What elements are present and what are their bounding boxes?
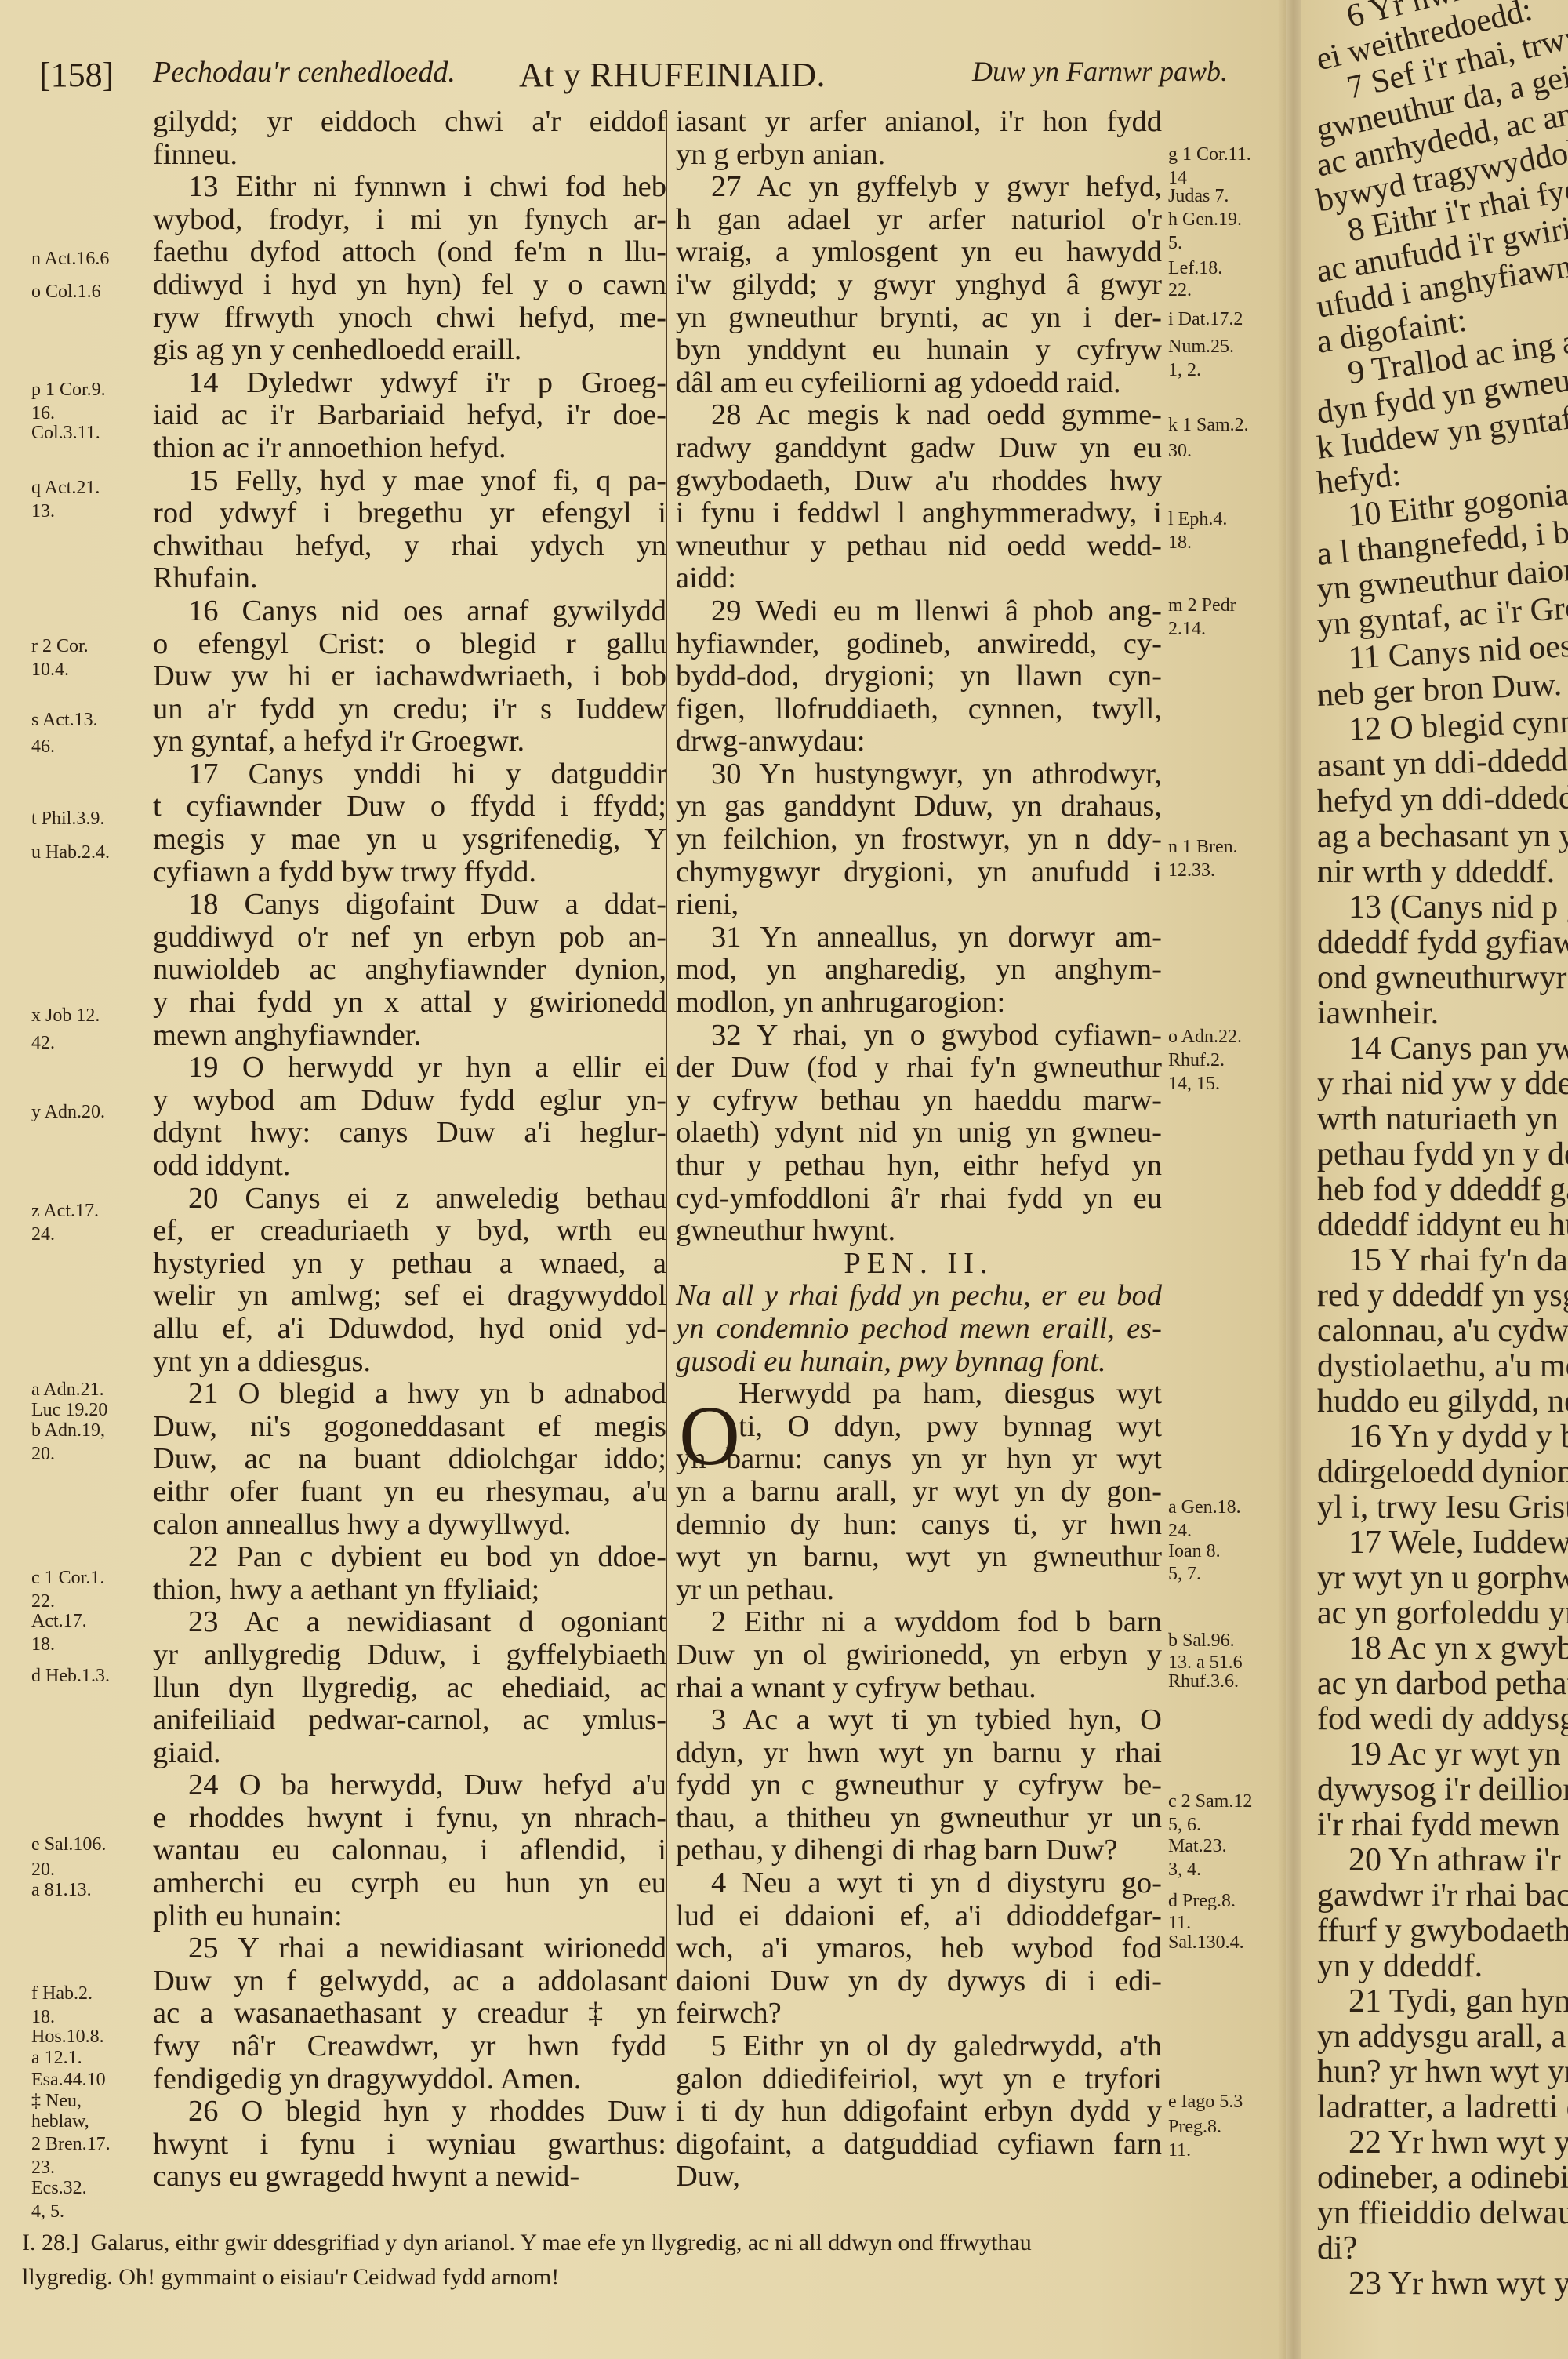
text-line: chymygwyr drygioni, yn anufudd i	[676, 856, 1162, 889]
text-line: yr anllygredig Dduw, i gyffelybiaeth	[153, 1639, 666, 1672]
margin-reference: Num.25.	[1168, 337, 1234, 356]
margin-reference: 42.	[31, 1034, 55, 1052]
facing-page: 6 Yr hwn a dâl i bob dyn yn olei weithre…	[1301, 0, 1568, 2359]
facing-page-line: 22 Yr hwn wyt yn dywedyd na	[1317, 2125, 1568, 2161]
margin-reference: 22.	[1168, 281, 1192, 300]
facing-page-line: 21 Tydi, gan hynny, yr hwn wyt	[1317, 1984, 1568, 2019]
text-line: iasant yr arfer anianol, i'r hon fydd	[676, 106, 1162, 139]
text-line: wraig, a ymlosgent yn eu hawydd	[676, 236, 1162, 269]
page-number: [158]	[39, 55, 114, 95]
facing-page-line: y rhai nid yw y ddeddf ganddynt,	[1317, 1067, 1568, 1102]
text-line: mewn anghyfiawnder.	[153, 1020, 666, 1052]
margin-reference: a 81.13.	[31, 1881, 92, 1899]
margin-reference: n 1 Bren.	[1168, 838, 1238, 856]
facing-page-line: yl i, trwy Iesu Grist.	[1317, 1490, 1568, 1525]
text-line: fendigedig yn dragywyddol. Amen.	[153, 2063, 666, 2096]
facing-page-line: yn addysgu arall, a ond wyt yn dy	[1317, 2019, 1568, 2055]
text-line: yn a barnu arall, yr wyt yn dy gon-	[676, 1476, 1162, 1509]
margin-reference: h Gen.19.	[1168, 210, 1242, 229]
text-line: hwynt i fynu i wyniau gwarthus:	[153, 2128, 666, 2161]
margin-reference: 11.	[1168, 2141, 1191, 2160]
facing-page-line: 15 Y rhai fy'n dangos gweith-	[1317, 1243, 1568, 1278]
margin-reference: o Col.1.6	[31, 282, 101, 301]
facing-page-line: 19 Ac yr wyt yn coelio dy fod yn	[1317, 1737, 1568, 1772]
margin-reference: 1, 2.	[1168, 361, 1201, 380]
facing-page-text: 6 Yr hwn a dâl i bob dyn yn olei weithre…	[1317, 8, 1568, 2302]
text-line: nuwioldeb ac anghyfiawnder dynion,	[153, 954, 666, 987]
margin-reference: 18.	[31, 1635, 55, 1654]
text-line: hyfiawnder, godineb, anwiredd, cy-	[676, 628, 1162, 661]
text-line: y rhai fydd yn x attal y gwirionedd	[153, 987, 666, 1020]
margin-reference: c 2 Sam.12	[1168, 1792, 1252, 1811]
text-line: faethu dyfod attoch (ond fe'm n llu-	[153, 236, 666, 269]
text-line: yn feilchion, yn frostwyr, yn n ddy-	[676, 823, 1162, 856]
text-line: 30 Yn hustyngwyr, yn athrodwyr,	[676, 758, 1162, 791]
text-line: wantau eu calonnau, i aflendid, i	[153, 1834, 666, 1867]
text-line: yn gwneuthur brynti, ac yn i der-	[676, 302, 1162, 335]
margin-reference: 3, 4.	[1168, 1860, 1201, 1879]
text-line: 27 Ac yn gyffelyb y gwyr hefyd,	[676, 171, 1162, 204]
margin-reference: Rhuf.3.6.	[1168, 1672, 1239, 1691]
margin-reference: Judas 7.	[1168, 187, 1229, 205]
text-line: demnio dy hun: canys ti, yr hwn	[676, 1509, 1162, 1542]
text-line: wch, a'i ymaros, heb wybod fod	[676, 1932, 1162, 1965]
text-line: ddyn, yr hwn wyt yn barnu y rhai	[676, 1737, 1162, 1770]
text-line: feirwch?	[676, 1997, 1162, 2030]
facing-page-line: ac yn gorfoleddu yn Nuw,	[1317, 1596, 1568, 1631]
facing-page-line: nir wrth y ddeddf.	[1317, 855, 1568, 890]
text-line: cyfiawn a fydd byw trwy ffydd.	[153, 856, 666, 889]
text-line: thion ac i'r annoethion hefyd.	[153, 432, 666, 465]
running-head-right-title: Duw yn Farnwr pawb.	[972, 55, 1228, 88]
margin-reference: 5, 7.	[1168, 1565, 1201, 1583]
margin-reference: 22.	[31, 1592, 55, 1611]
facing-page-line: 17 Wele, Iuddew y'th elwir, ac	[1317, 1525, 1568, 1561]
text-line: 23 Ac a newidiasant d ogoniant	[153, 1606, 666, 1639]
text-line: gis ag yn y cenhedloedd eraill.	[153, 334, 666, 367]
facing-page-line: ond gwneuthurwyr y ddeddf a gyf-	[1317, 961, 1568, 996]
margin-reference: 18.	[1168, 533, 1192, 552]
text-line: ynt yn a ddiesgus.	[153, 1346, 666, 1379]
margin-reference: t Phil.3.9.	[31, 809, 104, 828]
text-line: rieni,	[676, 889, 1162, 921]
text-line: dâl am eu cyfeiliorni ag ydoedd raid.	[676, 367, 1162, 400]
text-line: Herwydd pa ham, diesgus wyt	[676, 1378, 1162, 1411]
text-line: amherchi eu cyrph eu hun yn eu	[153, 1867, 666, 1900]
margin-reference: 11.	[1168, 1914, 1191, 1932]
text-line: o efengyl Crist: o blegid r gallu	[153, 628, 666, 661]
text-line: i ti dy hun ddigofaint erbyn dydd y	[676, 2095, 1162, 2128]
text-line: yr un pethau.	[676, 1574, 1162, 1607]
margin-reference: a Gen.18.	[1168, 1498, 1241, 1517]
text-line: eithr ofer fuant yn eu rhesymau, a'u	[153, 1476, 666, 1509]
text-line: guddiwyd o'r nef yn erbyn pob an-	[153, 921, 666, 954]
text-line: 5 Eithr yn ol dy galedrwydd, a'th	[676, 2030, 1162, 2063]
text-line: thau, a thitheu yn gwneuthur yr un	[676, 1802, 1162, 1835]
margin-reference: Preg.8.	[1168, 2117, 1221, 2136]
footnote: I. 28.] Galarus, eithr gwir ddesgrifiad …	[22, 2226, 1032, 2295]
footnote-line-2: llygredig. Oh! gymmaint o eisiau'r Ceidw…	[22, 2260, 1032, 2295]
margin-reference: 24.	[31, 1225, 55, 1244]
book-title: At y RHUFEINIAID.	[519, 55, 826, 95]
footnote-reference: I. 28.]	[22, 2230, 78, 2255]
margin-reference: 13.	[31, 502, 55, 521]
margin-reference: Col.3.11.	[31, 423, 100, 442]
text-line: fwy nâ'r Creawdwr, yr hwn fydd	[153, 2030, 666, 2063]
facing-page-line: ac yn darbod pethau rhagorol, gan	[1317, 1667, 1568, 1702]
margin-reference: a Adn.21.	[31, 1380, 104, 1399]
text-line: yn barnu: canys yn yr hyn yr wyt	[676, 1443, 1162, 1476]
margin-reference: Luc 19.20	[31, 1401, 107, 1419]
facing-page-line: ddeddf fydd gyfiawn ger bron Duw,	[1317, 925, 1568, 961]
facing-page-line: hefyd yn ddi-ddeddf: a chynnifer	[1317, 779, 1568, 820]
chapter-heading: PEN. II.	[676, 1248, 1162, 1281]
facing-page-line: ddirgeloedd dynion, yn ol fy efeng-	[1317, 1455, 1568, 1490]
facing-page-line: gawdwr i'r rhai bach, a chennyt	[1317, 1878, 1568, 1914]
text-line: 22 Pan c dybient eu bod yn ddoe-	[153, 1541, 666, 1574]
facing-page-line: odineber, a odinebi di? yr hwn wyt	[1317, 2161, 1568, 2196]
margin-reference: Ecs.32.	[31, 2179, 87, 2197]
text-line: drwg-anwydau:	[676, 725, 1162, 758]
footnote-line-1: I. 28.] Galarus, eithr gwir ddesgrifiad …	[22, 2226, 1032, 2260]
text-line: Duw yn f gelwydd, ac a addolasant	[153, 1965, 666, 1998]
text-line: 17 Canys ynddi hi y datguddir	[153, 758, 666, 791]
margin-reference: x Job 12.	[31, 1006, 100, 1025]
text-line: pethau, y dihengi di rhag barn Duw?	[676, 1834, 1162, 1867]
text-line: gilydd; yr eiddoch chwi a'r eiddof	[153, 106, 666, 139]
margin-reference: Lef.18.	[1168, 259, 1222, 278]
facing-page-line: ddeddf iddynt eu hunain:	[1317, 1208, 1568, 1243]
text-line: calon anneallus hwy a dywyllwyd.	[153, 1509, 666, 1542]
text-line: thion, hwy a aethant yn ffyliaid;	[153, 1574, 666, 1607]
text-line: 18 Canys digofaint Duw a ddat-	[153, 889, 666, 921]
text-line: byn ynddynt eu hunain y cyfryw	[676, 334, 1162, 367]
text-line: welir yn amlwg; sef ei dragywyddol	[153, 1280, 666, 1313]
facing-page-line: pethau fydd yn y ddeddf; y rhai hyn,	[1317, 1137, 1568, 1172]
margin-reference: 10.4.	[31, 660, 69, 679]
margin-reference: 24.	[1168, 1521, 1192, 1540]
margin-reference: 20.	[31, 1445, 55, 1463]
margin-reference: m 2 Pedr	[1168, 596, 1236, 615]
margin-reference: 2 Bren.17.	[31, 2135, 111, 2154]
margin-reference: 14, 15.	[1168, 1074, 1220, 1093]
text-line: 24 O ba herwydd, Duw hefyd a'u	[153, 1769, 666, 1802]
facing-page-line: fod wedi dy addysgu o'r ddeddf;	[1317, 1702, 1568, 1737]
text-line: wneuthur y pethau nid oedd wedd-	[676, 530, 1162, 563]
text-line: rhai a wnant y cyfryw bethau.	[676, 1672, 1162, 1705]
text-line: 16 Canys nid oes arnaf gywilydd	[153, 595, 666, 628]
facing-page-line: 14 Canys pan yw'r cenhedloedd,	[1317, 1031, 1568, 1067]
text-line: y cyfryw bethau yn haeddu marw-	[676, 1085, 1162, 1118]
text-line: un a'r fydd yn credu; i'r s Iuddew	[153, 693, 666, 726]
margin-reference: o Adn.22.	[1168, 1027, 1242, 1046]
text-line: canys eu gwragedd hwynt a newid-	[153, 2161, 666, 2194]
margin-reference: b Adn.19,	[31, 1421, 105, 1440]
text-line: ti, O ddyn, pwy bynnag wyt	[676, 1411, 1162, 1444]
text-line: 28 Ac megis k nad oedd gymme-	[676, 399, 1162, 432]
text-line: ryw ffrwyth ynoch chwi hefyd, me-	[153, 302, 666, 335]
text-line: ac a wasanaethasant y creadur ‡ yn	[153, 1997, 666, 2030]
text-line: h gan adael yr arfer naturiol o'r	[676, 204, 1162, 237]
facing-page-line: 20 Yn athraw i'r angall, yn ddy-	[1317, 1843, 1568, 1878]
text-line: iaid ac i'r Barbariaid hefyd, i'r doe-	[153, 399, 666, 432]
text-line: 13 Eithr ni fynnwn i chwi fod heb	[153, 171, 666, 204]
text-line: y wybod am Dduw fydd eglur yn-	[153, 1085, 666, 1118]
margin-reference: Sal.130.4.	[1168, 1933, 1244, 1952]
text-line: i fynu i feddwl l anghymmeradwy, i	[676, 497, 1162, 530]
margin-reference: r 2 Cor.	[31, 637, 89, 656]
text-line: 3 Ac a wyt ti yn tybied hyn, O	[676, 1704, 1162, 1737]
text-line: Duw,	[676, 2161, 1162, 2194]
margin-reference: y Adn.20.	[31, 1103, 105, 1121]
text-line: 2 Eithr ni a wyddom fod b barn	[676, 1606, 1162, 1639]
text-column-right: iasant yr arfer anianol, i'r hon fyddyn …	[676, 106, 1162, 2194]
margin-reference: d Heb.1.3.	[31, 1667, 110, 1685]
text-line: ef, er creaduriaeth y byd, wrth eu	[153, 1215, 666, 1248]
margin-reference: 20.	[31, 1860, 55, 1879]
margin-reference: c 1 Cor.1.	[31, 1568, 104, 1587]
margin-reference: 16.	[31, 404, 55, 423]
margin-reference: k 1 Sam.2.	[1168, 416, 1249, 434]
facing-page-line: 16 Yn y dydd y barna Duw	[1317, 1419, 1568, 1455]
text-line: radwy ganddynt gadw Duw yn eu	[676, 432, 1162, 465]
margin-reference: 12.33.	[1168, 861, 1215, 880]
text-line: 20 Canys ei z anweledig bethau	[153, 1183, 666, 1216]
margin-reference: d Preg.8.	[1168, 1892, 1236, 1910]
margin-reference: q Act.21.	[31, 478, 100, 497]
text-line: aidd:	[676, 562, 1162, 595]
text-line: 31 Yn anneallus, yn dorwyr am-	[676, 921, 1162, 954]
facing-page-line: 13 (Canys nid p gwrandawyr y	[1317, 890, 1568, 925]
text-line: daioni Duw yn dy dywys di i edi-	[676, 1965, 1162, 1998]
text-line: megis y mae yn u ysgrifenedig, Y	[153, 823, 666, 856]
text-line: Duw, ac na buant ddiolchgar iddo;	[153, 1443, 666, 1476]
text-line: der Duw (fod y rhai fy'n gwneuthur	[676, 1052, 1162, 1085]
margin-reference: u Hab.2.4.	[31, 843, 110, 862]
margin-reference: Hos.10.8.	[31, 2027, 104, 2046]
margin-reference: z Act.17.	[31, 1201, 99, 1220]
margin-reference: 30.	[1168, 442, 1192, 460]
text-line: 25 Y rhai a newidiasant wirionedd	[153, 1932, 666, 1965]
facing-page-line: dystiolaethu, a'u meddyliau yn cy-	[1317, 1349, 1568, 1384]
running-head-left-title: Pechodau'r cenhedloedd.	[153, 55, 456, 89]
text-line: ddynt hwy: canys Duw a'i heglur-	[153, 1117, 666, 1150]
text-line: chwithau hefyd, y rhai ydych yn	[153, 530, 666, 563]
text-line: 32 Y rhai, yn o gwybod cyfiawn-	[676, 1020, 1162, 1052]
facing-page-line: ladratter, a ladretti di?	[1317, 2090, 1568, 2125]
margin-reference: Ioan 8.	[1168, 1542, 1221, 1561]
text-line: odd iddynt.	[153, 1150, 666, 1183]
text-line: figen, llofruddiaeth, cynnen, twyll,	[676, 693, 1162, 726]
text-line: yn g erbyn anian.	[676, 139, 1162, 172]
text-line: e rhoddes hwynt i fynu, yn nhrach-	[153, 1802, 666, 1835]
margin-reference: f Hab.2.	[31, 1984, 93, 2003]
text-line: digofaint, a datguddiad cyfiawn farn	[676, 2128, 1162, 2161]
text-line: wyt yn barnu, wyt yn gwneuthur	[676, 1541, 1162, 1574]
margin-reference: e Iago 5.3	[1168, 2092, 1243, 2111]
text-line: hystyried yn y pethau a wnaed, a	[153, 1248, 666, 1281]
facing-page-line: heb fod y ddeddf ganddynt, ydynt	[1317, 1172, 1568, 1208]
facing-page-line: ag a bechasant yn y o ddeddf, a fernir	[1317, 818, 1568, 855]
facing-page-line: i'r rhai fydd mewn tywyllwch,	[1317, 1808, 1568, 1843]
margin-reference: i Dat.17.2	[1168, 310, 1243, 329]
facing-page-line: hun? yr hwn wyt yn pregethu na	[1317, 2055, 1568, 2090]
text-line: Duw yw hi er iachawdwriaeth, i bob	[153, 660, 666, 693]
text-line: ddiwyd i hyd yn hyn) fel y o cawn	[153, 269, 666, 302]
margin-reference: 4, 5.	[31, 2202, 64, 2221]
margin-reference: 2.14.	[1168, 620, 1206, 638]
margin-reference: Act.17.	[31, 1612, 87, 1630]
margin-reference: 5, 6.	[1168, 1816, 1201, 1834]
margin-reference: a 12.1.	[31, 2048, 82, 2067]
facing-page-line: wrth naturiaeth yn gwneuthur y	[1317, 1102, 1568, 1137]
text-line: 15 Felly, hyd y mae ynof fi, q pa-	[153, 465, 666, 498]
margin-reference: 46.	[31, 737, 55, 756]
text-line: lud ei ddaioni ef, a'i ddioddefgar-	[676, 1900, 1162, 1933]
facing-page-line: dywysog i'r deillion, yn llewyrch	[1317, 1772, 1568, 1808]
margin-reference: g 1 Cor.11.	[1168, 145, 1251, 164]
footnote-text-1: Galarus, eithr gwir ddesgrifiad y dyn ar…	[90, 2230, 1031, 2255]
text-line: mod, yn angharedig, yn anghym-	[676, 954, 1162, 987]
chapter-summary-line: Na all y rhai fydd yn pechu, er eu bod	[676, 1280, 1162, 1313]
facing-page-line: 23 Yr hwn wyt yn gorfoleddu	[1317, 2266, 1568, 2302]
text-line: galon ddiedifeiriol, wyt yn e tryfori	[676, 2063, 1162, 2096]
margin-reference: p 1 Cor.9.	[31, 380, 106, 399]
chapter-summary-line: yn condemnio pechod mewn eraill, es-	[676, 1313, 1162, 1346]
text-line: bydd-dod, drygioni; yn llawn cyn-	[676, 660, 1162, 693]
chapter-summary-line: gusodi eu hunain, pwy bynnag font.	[676, 1346, 1162, 1379]
drop-cap: O	[679, 1398, 740, 1476]
text-line: 26 O blegid hyn y rhoddes Duw	[153, 2095, 666, 2128]
margin-reference: Esa.44.10	[31, 2070, 106, 2089]
text-line: fydd yn c gwneuthur y cyfryw be-	[676, 1769, 1162, 1802]
facing-page-line: yn ffieiddio delwau, a gyssegr-yspeili	[1317, 2196, 1568, 2231]
text-line: yn gas ganddynt Dduw, yn drahaus,	[676, 791, 1162, 823]
facing-page-line: ffurf y gwybodaeth, a'r gwirionedd	[1317, 1914, 1568, 1949]
text-line: gwneuthur hwynt.	[676, 1215, 1162, 1248]
text-line: thur y pethau hyn, eithr hefyd yn	[676, 1150, 1162, 1183]
margin-reference: Mat.23.	[1168, 1837, 1227, 1856]
margin-reference: b Sal.96.	[1168, 1631, 1235, 1650]
text-line: Rhufain.	[153, 562, 666, 595]
text-line: modlon, yn anhrugarogion:	[676, 987, 1162, 1020]
margin-reference: heblaw,	[31, 2112, 89, 2131]
text-column-left: gilydd; yr eiddoch chwi a'r eiddoffinneu…	[153, 106, 666, 2194]
text-line: anifeiliaid pedwar-carnol, ac ymlus-	[153, 1704, 666, 1737]
facing-page-line: yn y ddeddf.	[1317, 1949, 1568, 1984]
text-line: yn gyntaf, a hefyd i'r Groegwr.	[153, 725, 666, 758]
text-line: allu ef, a'i Dduwdod, hyd onid yd-	[153, 1313, 666, 1346]
text-line: t cyfiawnder Duw o ffydd i ffydd;	[153, 791, 666, 823]
text-line: Duw yn ol gwirionedd, yn erbyn y	[676, 1639, 1162, 1672]
text-line: llun dyn llygredig, ac ehediaid, ac	[153, 1672, 666, 1705]
margin-reference: ‡ Neu,	[31, 2092, 82, 2110]
text-line: 21 O blegid a hwy yn b adnabod	[153, 1378, 666, 1411]
facing-page-line: di?	[1317, 2231, 1568, 2266]
facing-page-line: 18 Ac yn x gwybod ei ewyllys ef,	[1317, 1631, 1568, 1667]
facing-page-line: yr wyt yn u gorphwys yn y ddeddf,	[1317, 1561, 1568, 1596]
text-line: cyd-ymfoddloni â'r rhai fydd yn eu	[676, 1183, 1162, 1216]
facing-page-line: red y ddeddf yn ysgrifenedig yn eu	[1317, 1278, 1568, 1314]
margin-reference: 14	[1168, 169, 1187, 187]
text-line: 4 Neu a wyt ti yn d diystyru go-	[676, 1867, 1162, 1900]
margin-reference: 18.	[31, 2008, 55, 2026]
margin-reference: 13. a 51.6	[1168, 1653, 1243, 1672]
facing-page-line: huddo eu gilydd, neu yn esgusodi;)	[1317, 1384, 1568, 1419]
facing-page-line: calonnau, a'u cydwybod hefyd yn	[1317, 1314, 1568, 1349]
margin-reference: s Act.13.	[31, 711, 98, 729]
text-line: wybod, frodyr, i mi yn fynych ar-	[153, 204, 666, 237]
text-line: olaeth) ydynt nid yn unig yn gwneu-	[676, 1117, 1162, 1150]
text-line: 14 Dyledwr ydwyf i'r p Groeg-	[153, 367, 666, 400]
margin-reference: 23.	[31, 2158, 55, 2177]
facing-page-line: iawnheir.	[1317, 996, 1568, 1031]
margin-reference: e Sal.106.	[31, 1835, 106, 1854]
running-head: [158] Pechodau'r cenhedloedd. At y RHUFE…	[39, 55, 1278, 110]
left-page: [158] Pechodau'r cenhedloedd. At y RHUFE…	[0, 0, 1286, 2359]
text-line: gwybodaeth, Duw a'u rhoddes hwy	[676, 465, 1162, 498]
margin-reference: n Act.16.6	[31, 249, 109, 268]
margin-reference: Rhuf.2.	[1168, 1051, 1225, 1070]
text-line: Duw, ni's gogoneddasant ef megis	[153, 1411, 666, 1444]
text-line: plith eu hunain:	[153, 1900, 666, 1933]
text-line: 19 O herwydd yr hyn a ellir ei	[153, 1052, 666, 1085]
margin-reference: 5.	[1168, 234, 1182, 253]
text-line: rod ydwyf i bregethu yr efengyl i	[153, 497, 666, 530]
text-line: 29 Wedi eu m llenwi â phob ang-	[676, 595, 1162, 628]
margin-reference: l Eph.4.	[1168, 510, 1227, 529]
text-line: giaid.	[153, 1737, 666, 1770]
text-line: i'w gilydd; y gwyr ynghyd â gwyr	[676, 269, 1162, 302]
text-line: finneu.	[153, 139, 666, 172]
